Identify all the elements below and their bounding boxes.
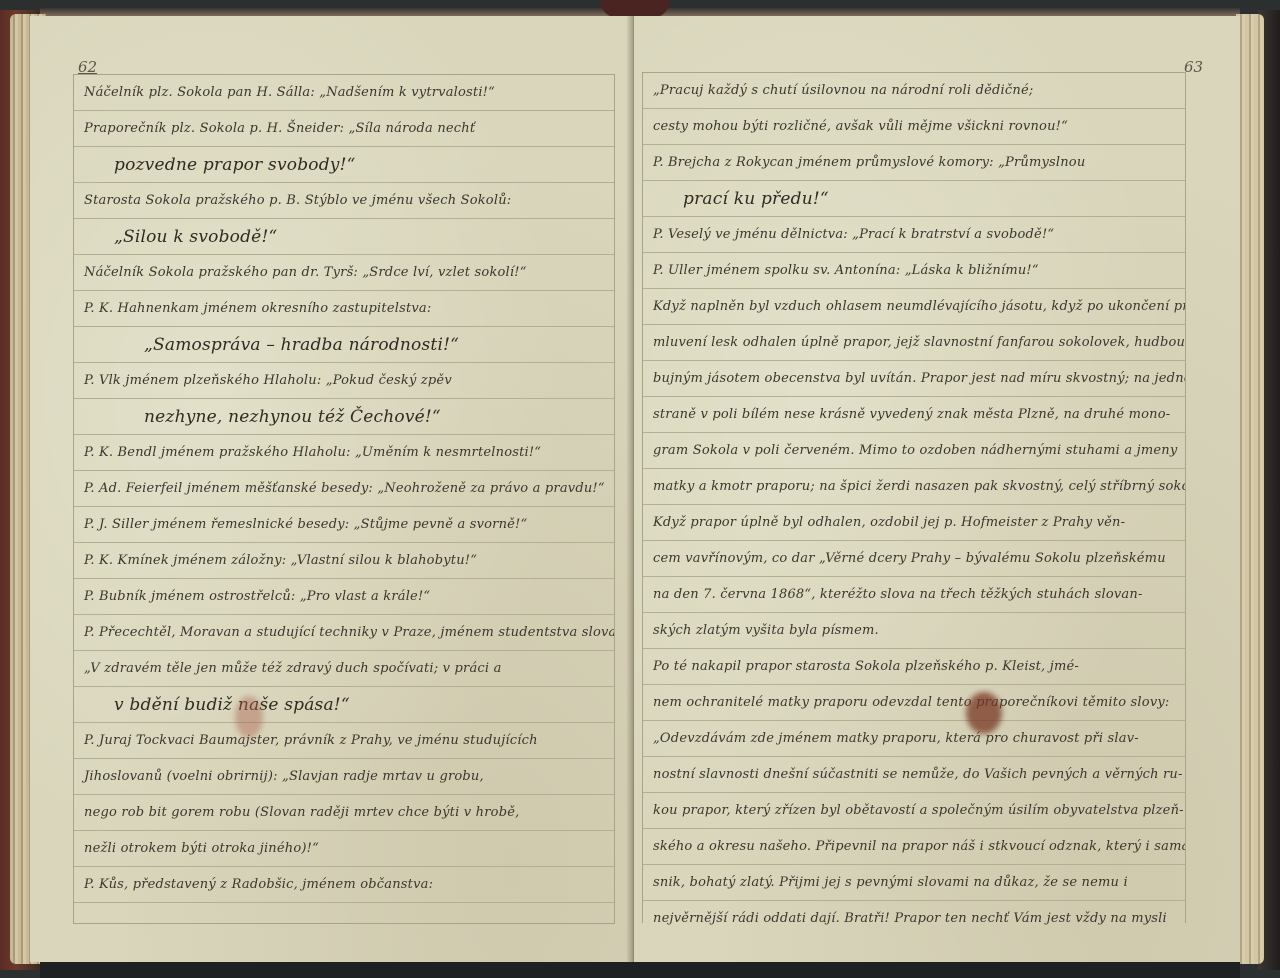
text-line: bujným jásotem obecenstva byl uvítán. Pr… <box>643 361 1185 397</box>
text-line: „V zdravém těle jen může též zdravý duch… <box>74 651 614 687</box>
text-line: Starosta Sokola pražského p. B. Stýblo v… <box>74 183 614 219</box>
text-line: snik, bohatý zlatý. Přijmi jej s pevnými… <box>643 865 1185 901</box>
text-line: nego rob bit gorem robu (Slovan raději m… <box>74 795 614 831</box>
text-line: Náčelník Sokola pražského pan dr. Tyrš: … <box>74 255 614 291</box>
text-line: straně v poli bílém nese krásně vyvedený… <box>643 397 1185 433</box>
page-stack-right <box>1236 14 1264 964</box>
text-line: prací ku předu!“ <box>643 181 1185 217</box>
text-line: nejvěrnější rádi oddati dají. Bratři! Pr… <box>643 901 1185 937</box>
text-line: Když naplněn byl vzduch ohlasem neumdlév… <box>643 289 1185 325</box>
left-page-text: Náčelník plz. Sokola pan H. Sálla: „Nadš… <box>74 75 614 903</box>
text-line: „Pracuj každý s chutí úsilovnou na národ… <box>643 73 1185 109</box>
text-line: matky a kmotr praporu; na špici žerdi na… <box>643 469 1185 505</box>
ink-stain <box>235 696 263 738</box>
text-line: nostní slavnosti dnešní súčastniti se ne… <box>643 757 1185 793</box>
page-number-right: 63 <box>1184 58 1203 76</box>
text-line: P. K. Kmínek jménem záložny: „Vlastní si… <box>74 543 614 579</box>
text-line: P. Vlk jménem plzeňského Hlaholu: „Pokud… <box>74 363 614 399</box>
text-line: nem ochranitelé matky praporu odevzdal t… <box>643 685 1185 721</box>
text-line: P. Bubník jménem ostrostřelců: „Pro vlas… <box>74 579 614 615</box>
ruled-frame-right: „Pracuj každý s chutí úsilovnou na národ… <box>642 72 1186 923</box>
text-line: kou prapor, který zřízen byl obětavostí … <box>643 793 1185 829</box>
text-line: P. K. Hahnenkam jménem okresního zastupi… <box>74 291 614 327</box>
text-line: P. Veselý ve jménu dělnictva: „Prací k b… <box>643 217 1185 253</box>
text-line: P. Uller jménem spolku sv. Antonína: „Lá… <box>643 253 1185 289</box>
text-line: nežli otrokem býti otroka jiného)!“ <box>74 831 614 867</box>
text-line: pozvedne prapor svobody!“ <box>74 147 614 183</box>
text-line: gram Sokola v poli červeném. Mimo to ozd… <box>643 433 1185 469</box>
text-line: Po té nakapil prapor starosta Sokola plz… <box>643 649 1185 685</box>
text-line: P. Juraj Tockvaci Baumajster, právník z … <box>74 723 614 759</box>
text-line: P. Přecechtěl, Moravan a studující techn… <box>74 615 614 651</box>
text-line: P. K. Bendl jménem pražského Hlaholu: „U… <box>74 435 614 471</box>
text-line: „Odevzdávám zde jménem matky praporu, kt… <box>643 721 1185 757</box>
text-line: P. J. Siller jménem řemeslnické besedy: … <box>74 507 614 543</box>
text-line: P. Kůs, představený z Radobšic, jménem o… <box>74 867 614 903</box>
text-line: v bdění budiž naše spása!“ <box>74 687 614 723</box>
text-line: P. Ad. Feierfeil jménem měšťanské besedy… <box>74 471 614 507</box>
text-line: cem vavřínovým, co dar „Věrné dcery Prah… <box>643 541 1185 577</box>
brown-stain <box>966 692 1002 734</box>
right-page: 63 „Pracuj každý s chutí úsilovnou na ná… <box>634 16 1240 962</box>
text-line: P. Brejcha z Rokycan jménem průmyslové k… <box>643 145 1185 181</box>
ruled-frame-left: Náčelník plz. Sokola pan H. Sálla: „Nadš… <box>73 74 615 924</box>
text-line: ského a okresu našeho. Připevnil na prap… <box>643 829 1185 865</box>
text-line: Náčelník plz. Sokola pan H. Sálla: „Nadš… <box>74 75 614 111</box>
text-line: Praporečník plz. Sokola p. H. Šneider: „… <box>74 111 614 147</box>
right-page-text: „Pracuj každý s chutí úsilovnou na národ… <box>643 73 1185 937</box>
text-line: nezhyne, nezhynou též Čechové!“ <box>74 399 614 435</box>
text-line: mluvení lesk odhalen úplně prapor, jejž … <box>643 325 1185 361</box>
text-line: ských zlatým vyšita byla písmem. <box>643 613 1185 649</box>
left-page: 62 Náčelník plz. Sokola pan H. Sálla: „N… <box>30 16 634 962</box>
text-line: Jihoslovanů (voelni obrirnij): „Slavjan … <box>74 759 614 795</box>
text-line: cesty mohou býti rozličné, avšak vůli mě… <box>643 109 1185 145</box>
text-line: „Silou k svobodě!“ <box>74 219 614 255</box>
text-line: na den 7. června 1868“, kteréžto slova n… <box>643 577 1185 613</box>
open-book: 62 Náčelník plz. Sokola pan H. Sálla: „N… <box>0 0 1280 978</box>
book-bottom-edge <box>40 962 1240 978</box>
text-line: Když prapor úplně byl odhalen, ozdobil j… <box>643 505 1185 541</box>
text-line: „Samospráva – hradba národnosti!“ <box>74 327 614 363</box>
